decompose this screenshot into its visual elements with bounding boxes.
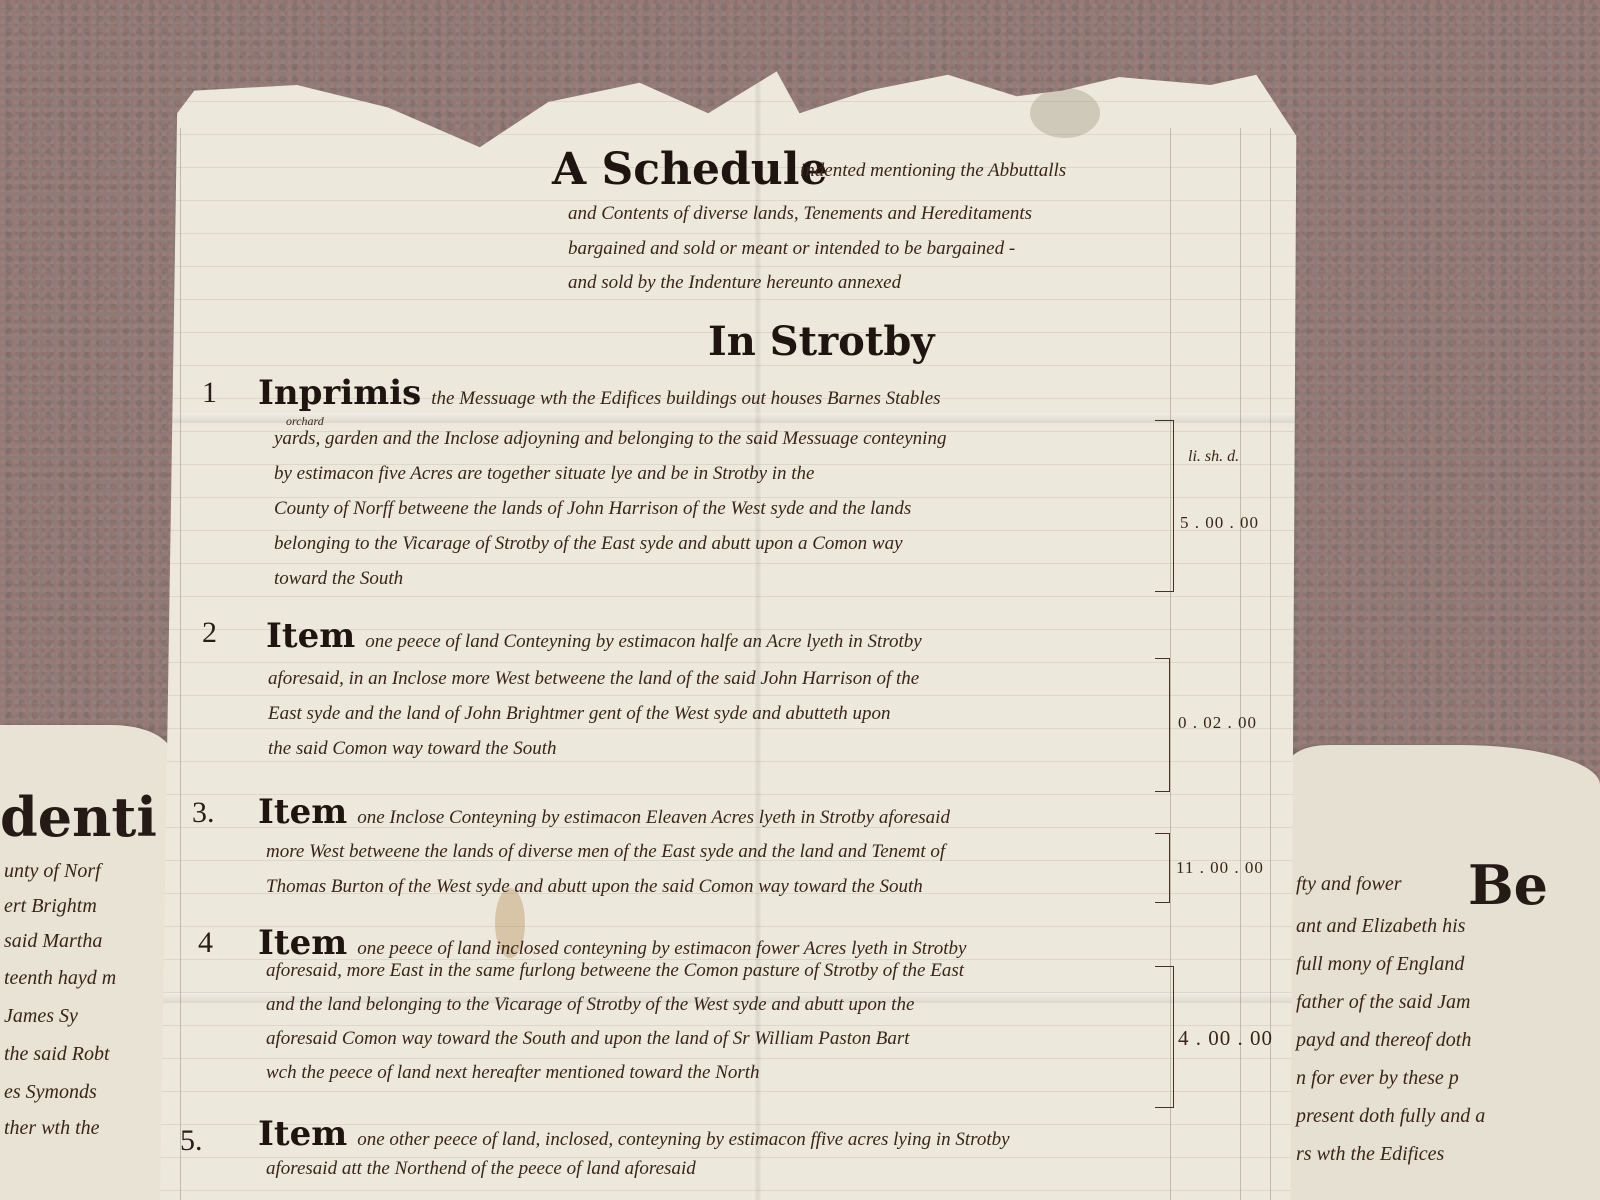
entry-line: aforesaid att the Northend of the peece … — [266, 1158, 696, 1180]
entry-number: 3. — [192, 796, 215, 830]
entry-first-line: Itemone other peece of land, inclosed, c… — [258, 1114, 1010, 1154]
right-sheet-line: present doth fully and a — [1296, 1105, 1485, 1128]
left-sheet-line: said Martha — [4, 930, 102, 953]
left-sheet-line: James Sy — [4, 1005, 78, 1028]
entry-line: East syde and the land of John Brightmer… — [268, 703, 891, 725]
left-sheet-line: teenth hayd m — [4, 967, 116, 990]
entry-line: aforesaid Comon way toward the South and… — [266, 1028, 910, 1050]
entry-amount: 4 . 00 . 00 — [1178, 1026, 1273, 1051]
entry-line: yards, garden and the Inclose adjoyning … — [274, 428, 946, 450]
schedule-title-line: and Contents of diverse lands, Tenements… — [568, 203, 1032, 225]
entry-line: belonging to the Vicarage of Strotby of … — [274, 533, 903, 555]
right-sheet-line: rs wth the Edifices — [1296, 1143, 1444, 1166]
entry-line: the said Comon way toward the South — [268, 738, 557, 760]
entry-amount: 11 . 00 . 00 — [1176, 858, 1264, 878]
left-sheet-line: ert Brightm — [4, 895, 97, 918]
interlinear-note: orchard — [286, 414, 324, 429]
margin-rule — [180, 128, 181, 1200]
entry-lead-word: Item — [266, 616, 355, 656]
right-sheet-line: full mony of England — [1296, 953, 1464, 976]
schedule-title-line: indented mentioning the Abbuttalls — [800, 160, 1066, 182]
entry-first-line: Itemone Inclose Conteyning by estimacon … — [258, 792, 950, 832]
entry-first-line: Inprimisthe Messuage wth the Edifices bu… — [258, 373, 941, 413]
entry-amount: 0 . 02 . 00 — [1178, 713, 1257, 733]
entry-lead-word: Inprimis — [258, 373, 421, 413]
entry-number: 2 — [202, 616, 217, 650]
entry-line: toward the South — [274, 568, 403, 590]
entry-first-line: Itemone peece of land inclosed conteynin… — [258, 923, 966, 963]
entry-line: by estimacon five Acres are together sit… — [274, 463, 815, 485]
left-sheet-initial: denti — [0, 785, 157, 849]
right-sheet-line: payd and thereof doth — [1296, 1029, 1471, 1052]
entry-number: 1 — [202, 376, 217, 410]
left-sheet-line: the said Robt — [4, 1043, 110, 1066]
schedule-title-lead: A Schedule — [552, 144, 827, 195]
schedule-document: A Schedule indented mentioning the Abbut… — [160, 68, 1302, 1200]
horizontal-fold — [160, 413, 1302, 423]
entry-line: more West betweene the lands of diverse … — [266, 841, 945, 863]
left-sheet-line: unty of Norf — [4, 860, 101, 883]
entry-line: wch the peece of land next hereafter men… — [266, 1062, 760, 1084]
entry-line: County of Norff betweene the lands of Jo… — [274, 498, 911, 520]
entry-line: aforesaid, in an Inclose more West betwe… — [268, 668, 919, 690]
right-sheet-line: ant and Elizabeth his — [1296, 915, 1465, 938]
entry-first-line: Itemone peece of land Conteyning by esti… — [266, 616, 922, 656]
right-sheet-line: n for ever by these p — [1296, 1067, 1459, 1090]
left-sheet-line: ther wth the — [4, 1117, 100, 1140]
right-sheet-line: fty and fower — [1296, 873, 1402, 896]
entry-bracket — [1155, 966, 1174, 1108]
entry-lead-word: Item — [258, 1114, 347, 1154]
entry-line: aforesaid, more East in the same furlong… — [266, 960, 964, 982]
entry-line: and the land belonging to the Vicarage o… — [266, 994, 914, 1016]
entry-lead-word: Item — [258, 923, 347, 963]
left-indenture-sheet: denti unty of Norf ert Brightm said Mart… — [0, 725, 172, 1200]
right-sheet-initial: Be — [1468, 853, 1548, 917]
entry-bracket — [1155, 420, 1174, 592]
entry-lead-word: Item — [258, 792, 347, 832]
schedule-title-line: bargained and sold or meant or intended … — [568, 238, 1015, 260]
left-sheet-line: es Symonds — [4, 1081, 97, 1104]
schedule-title-line: and sold by the Indenture hereunto annex… — [568, 272, 901, 294]
entry-line: Thomas Burton of the West syde and abutt… — [266, 876, 923, 898]
entry-number: 4 — [198, 926, 213, 960]
entry-bracket — [1155, 658, 1170, 792]
entry-bracket — [1155, 833, 1170, 903]
right-sheet-line: father of the said Jam — [1296, 991, 1470, 1014]
entry-number: 5. — [180, 1124, 203, 1158]
stain — [1030, 88, 1100, 138]
entry-amount: 5 . 00 . 00 — [1180, 513, 1259, 533]
section-heading: In Strotby — [708, 318, 935, 365]
amount-column-header: li. sh. d. — [1188, 448, 1239, 466]
right-indenture-sheet: fty and fower Be ant and Elizabeth his f… — [1288, 745, 1600, 1200]
